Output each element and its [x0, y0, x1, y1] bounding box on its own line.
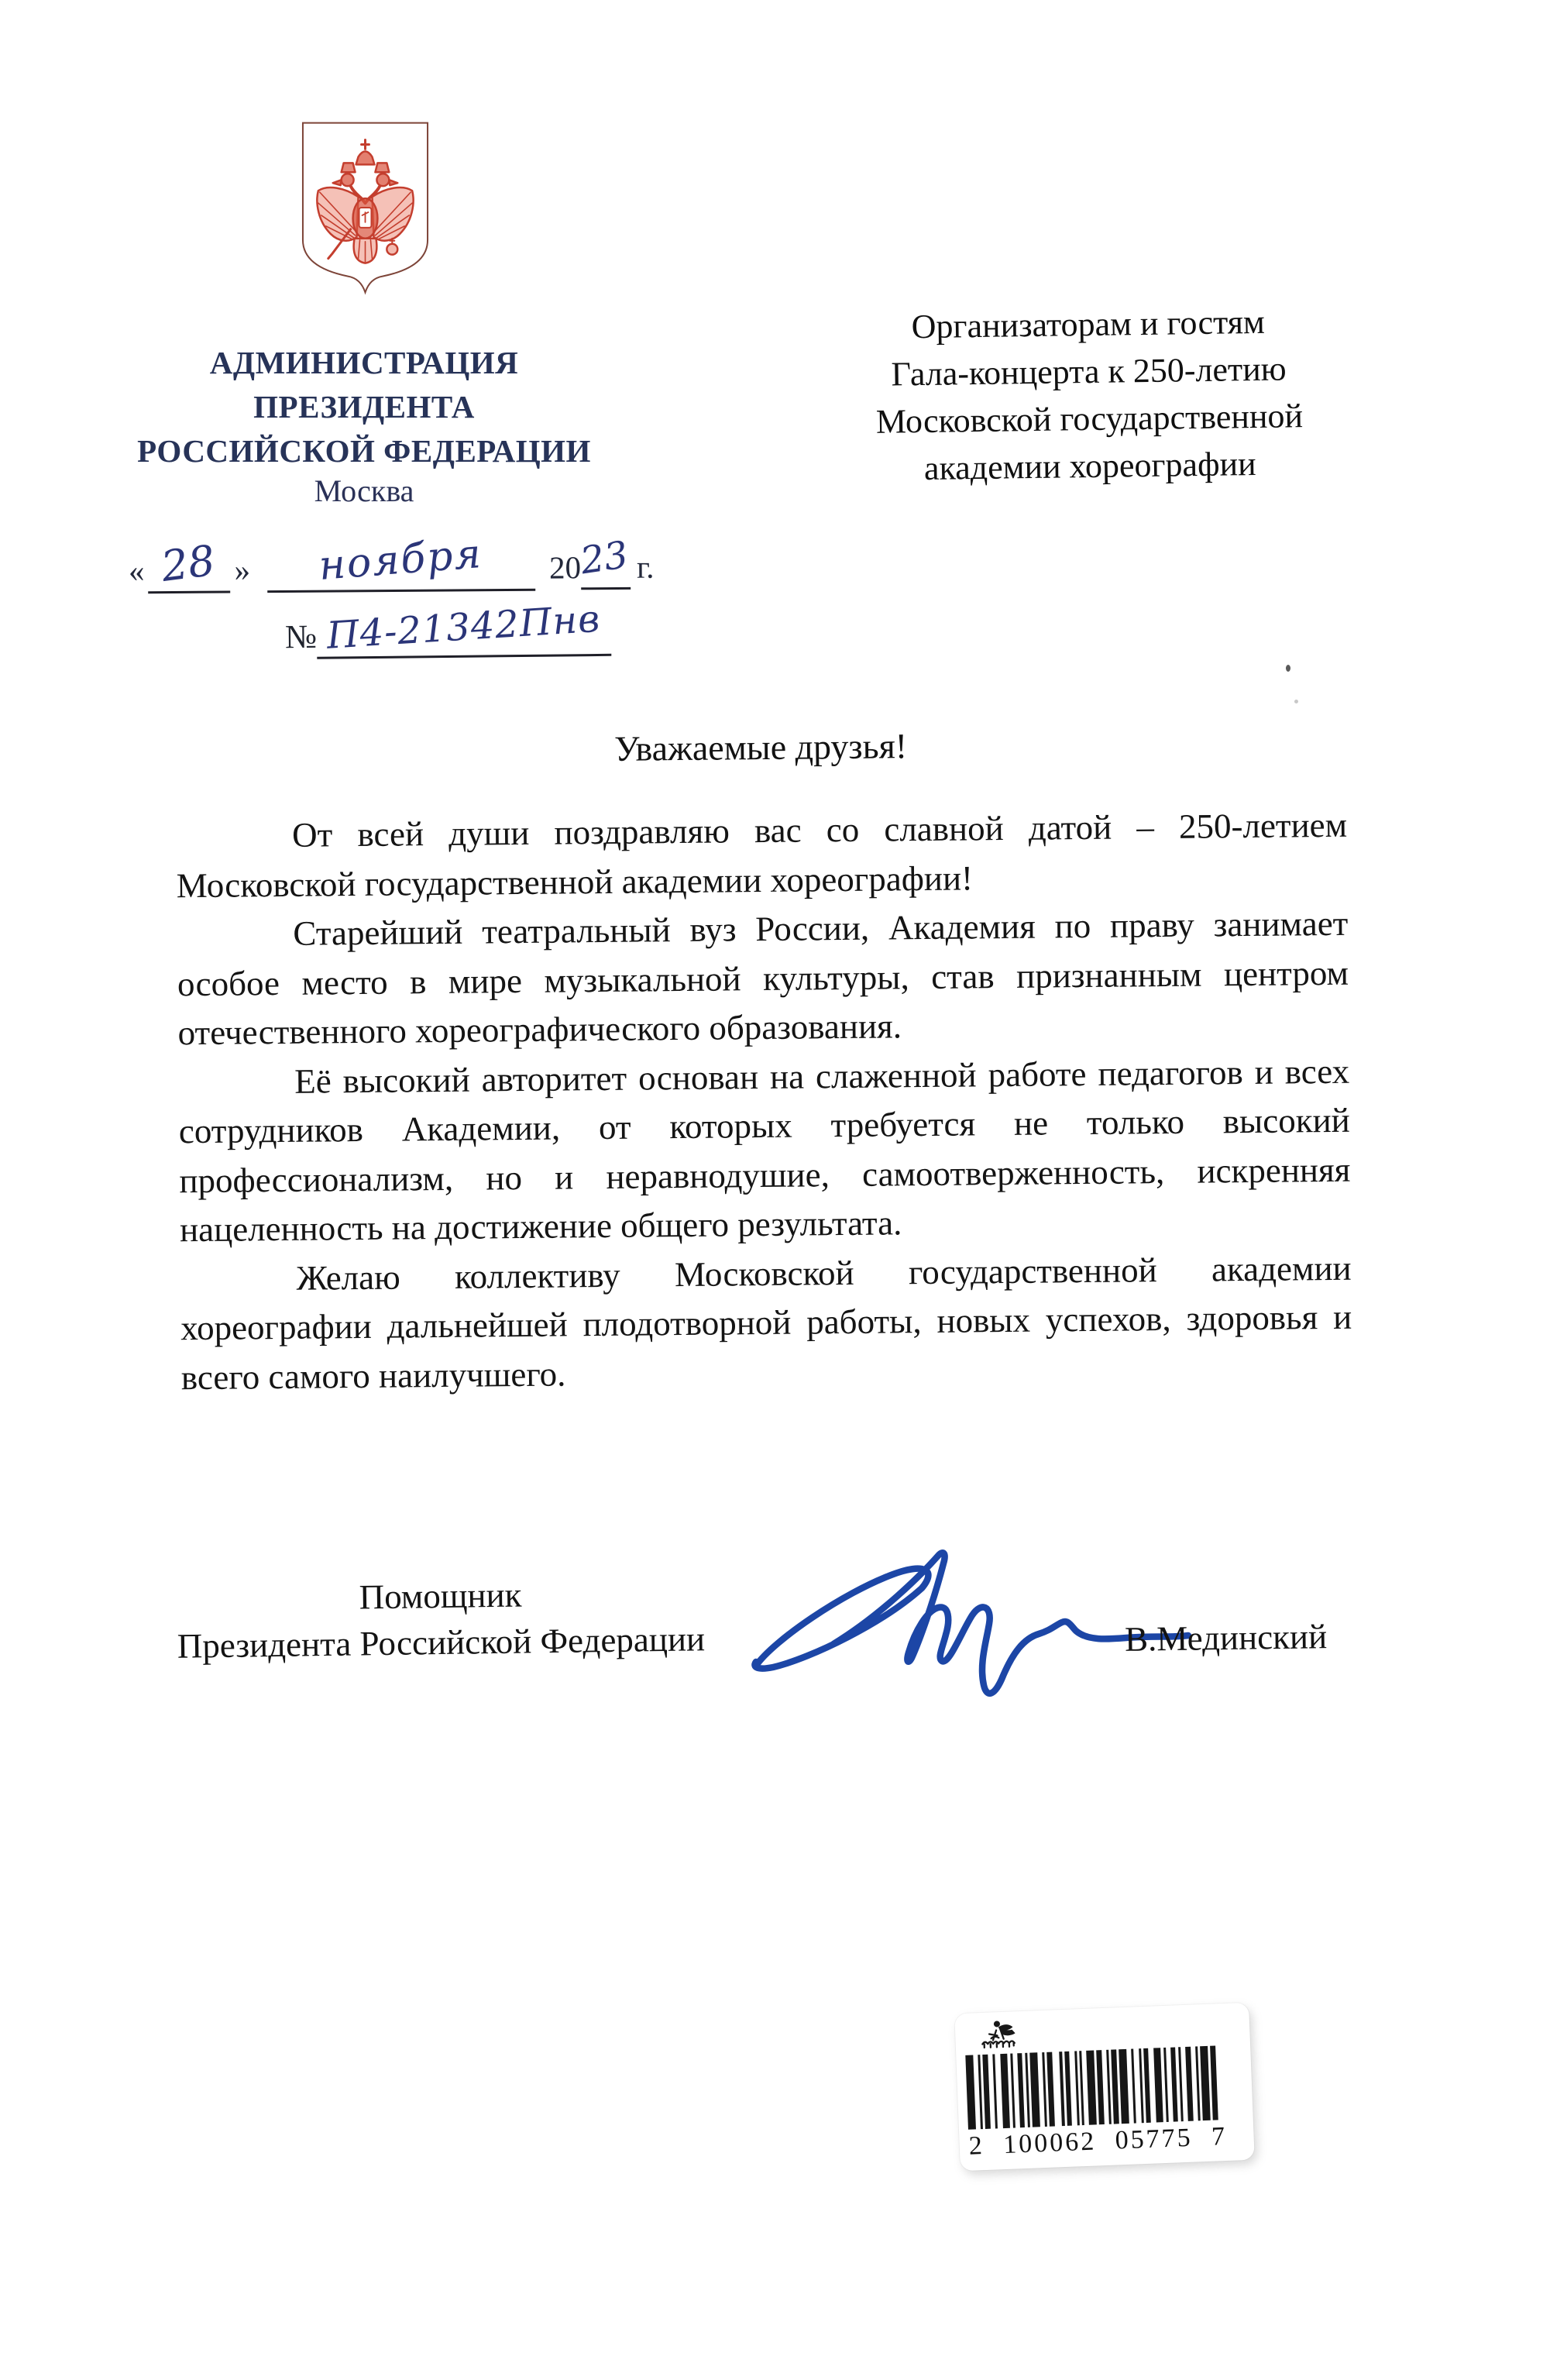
- barcode-bars: [965, 2045, 1245, 2130]
- quote-open: «: [129, 552, 145, 588]
- handwritten-month: ноября: [318, 531, 484, 590]
- date-year-underline: 23: [581, 544, 631, 590]
- letter-body: Уважаемые друзья! От всей души поздравля…: [175, 721, 1352, 1402]
- recipient-line: Гала-концерта к 250-летию: [817, 344, 1360, 399]
- recipient-line: академии хореографии: [819, 439, 1362, 494]
- paragraph-3: Её высокий авторитет основан на слаженно…: [178, 1047, 1351, 1255]
- letterhead-city: Москва: [112, 473, 616, 509]
- quote-close: »: [234, 552, 250, 587]
- date-line: «28»ноября2023г.: [129, 539, 655, 594]
- recipient-line: Организаторам и гостям: [816, 297, 1359, 352]
- org-line-1: АДМИНИСТРАЦИЯ: [112, 341, 616, 385]
- barcode-sticker: 2 100062 05775 7: [954, 2003, 1255, 2171]
- scan-speck: [1294, 700, 1298, 703]
- signer-name: В.Мединский: [1125, 1616, 1328, 1659]
- signer-position: Помощник Президента Российской Федерации: [146, 1569, 735, 1670]
- signer-position-line: Президента Российской Федерации: [147, 1615, 735, 1670]
- handwritten-number: П4-21342Пнв: [325, 597, 602, 658]
- org-line-2: ПРЕЗИДЕНТА: [112, 385, 616, 429]
- date-day-underline: 28: [147, 542, 229, 593]
- recipient-block: Организаторам и гостям Гала-концерта к 2…: [816, 297, 1361, 494]
- org-line-3: РОССИЙСКОЙ ФЕДЕРАЦИИ: [112, 429, 616, 473]
- handwritten-year: 23: [578, 533, 631, 583]
- signer-position-line: Помощник: [146, 1569, 734, 1624]
- letterhead-org-name: АДМИНИСТРАЦИЯ ПРЕЗИДЕНТА РОССИЙСКОЙ ФЕДЕ…: [112, 341, 616, 473]
- year-printed: 20: [549, 549, 581, 585]
- date-month-underline: ноября: [267, 542, 535, 593]
- salutation: Уважаемые друзья!: [175, 721, 1346, 774]
- year-suffix: г.: [637, 549, 655, 585]
- paragraph-4: Желаю коллективу Московской государствен…: [180, 1243, 1352, 1402]
- paragraph-1: От всей души поздравляю вас со славной д…: [176, 801, 1348, 911]
- number-underline: П4-21342Пнв: [317, 610, 612, 659]
- paragraph-2: Старейший театральный вуз России, Академ…: [177, 899, 1349, 1058]
- recipient-line: Московской государственной: [818, 391, 1361, 446]
- barcode-crest-icon: [978, 2016, 1033, 2054]
- scan-speck: [1286, 665, 1290, 672]
- russian-coat-of-arms-icon: [297, 116, 434, 301]
- handwritten-day: 28: [159, 536, 218, 591]
- number-label: №: [285, 619, 318, 655]
- document-number-line: №П4-21342Пнв: [285, 610, 612, 659]
- scanned-letter-page: АДМИНИСТРАЦИЯ ПРЕЗИДЕНТА РОССИЙСКОЙ ФЕДЕ…: [0, 0, 1543, 2380]
